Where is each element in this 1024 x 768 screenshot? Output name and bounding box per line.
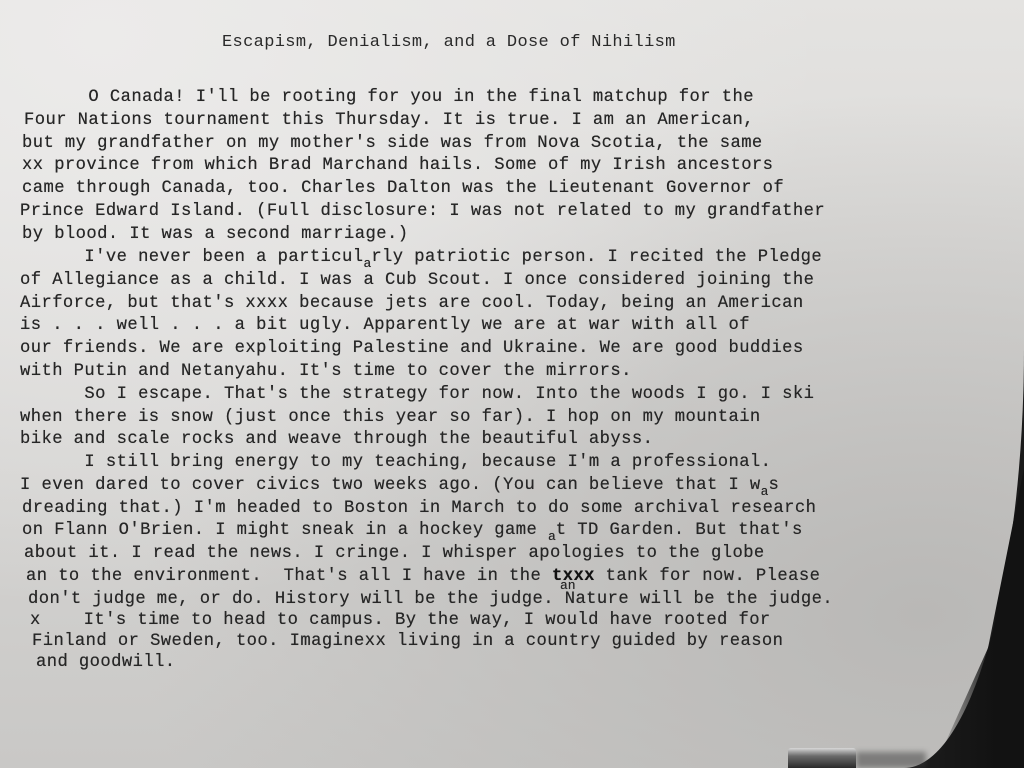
text-segment: I've never been a particul	[20, 248, 364, 267]
text-line: Finland or Sweden, too. Imaginexx living…	[32, 632, 783, 652]
text-segment: I even dared to cover civics two weeks a…	[20, 476, 761, 495]
text-line: our friends. We are exploiting Palestine…	[20, 339, 804, 359]
text-line: I've never been a particularly patriotic…	[20, 248, 822, 268]
text-line: an to the environment. That's all I have…	[26, 567, 820, 587]
text-segment: tank for now. Please	[595, 567, 820, 586]
text-line: xx province from which Brad Marchand hai…	[22, 156, 773, 176]
text-line: and goodwill.	[36, 653, 176, 673]
text-line: bike and scale rocks and weave through t…	[20, 430, 653, 450]
text-line: So I escape. That's the strategy for now…	[20, 385, 814, 405]
text-line: Four Nations tournament this Thursday. I…	[24, 111, 754, 131]
text-line: Prince Edward Island. (Full disclosure: …	[20, 202, 825, 222]
text-line: came through Canada, too. Charles Dalton…	[22, 179, 784, 199]
text-line: O Canada! I'll be rooting for you in the…	[24, 88, 754, 108]
clip-shadow	[856, 752, 926, 768]
typed-insertion: a	[548, 529, 556, 544]
text-line: I still bring energy to my teaching, bec…	[20, 453, 771, 473]
text-line: when there is snow (just once this year …	[20, 408, 761, 428]
text-line: on Flann O'Brien. I might sneak in a hoc…	[22, 521, 803, 541]
text-line: with Putin and Netanyahu. It's time to c…	[20, 362, 632, 382]
typed-insertion: a	[364, 256, 372, 271]
text-segment: an to the environment. That's all I have…	[26, 567, 552, 586]
text-segment: s	[768, 476, 779, 495]
paper-clip	[788, 748, 856, 768]
text-line: but my grandfather on my mother's side w…	[22, 134, 763, 154]
text-segment: on Flann O'Brien. I might sneak in a hoc…	[22, 521, 548, 540]
text-line: about it. I read the news. I cringe. I w…	[24, 544, 765, 564]
text-line: by blood. It was a second marriage.)	[22, 225, 408, 245]
document-title: Escapism, Denialism, and a Dose of Nihil…	[222, 33, 676, 52]
text-line: x It's time to head to campus. By the wa…	[30, 611, 771, 631]
text-segment: t TD Garden. But that's	[556, 521, 803, 540]
strikeout-correction: txxxan	[552, 567, 595, 586]
text-line: Airforce, but that's xxxx because jets a…	[20, 294, 804, 314]
typed-insertion: a	[761, 484, 769, 499]
text-segment: rly patriotic person. I recited the Pled…	[371, 248, 822, 267]
text-line: don't judge me, or do. History will be t…	[28, 590, 833, 610]
text-line: I even dared to cover civics two weeks a…	[20, 476, 779, 496]
text-line: of Allegiance as a child. I was a Cub Sc…	[20, 271, 814, 291]
text-line: dreading that.) I'm headed to Boston in …	[22, 499, 816, 519]
text-line: is . . . well . . . a bit ugly. Apparent…	[20, 316, 750, 336]
